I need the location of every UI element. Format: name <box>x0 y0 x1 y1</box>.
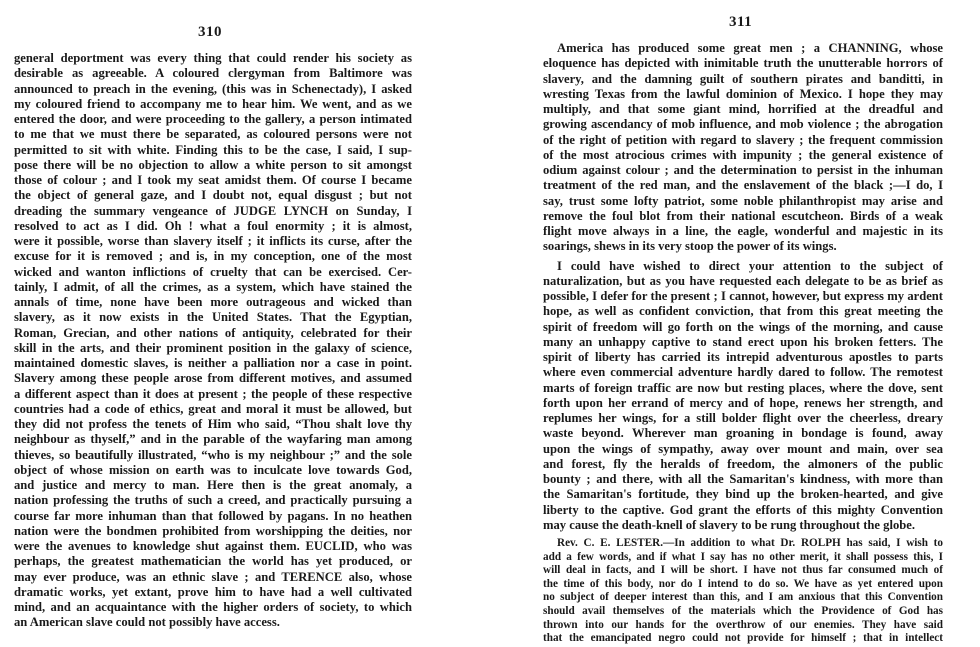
text-line: Roman, Grecian, and other nations of ant… <box>14 326 412 341</box>
text-line: to me that we must there be separated, a… <box>14 127 412 142</box>
text-line: say, trust some lofty patriot, some nobl… <box>543 194 943 209</box>
text-line: no subject of deeper interest than this,… <box>543 591 943 605</box>
right-page: 311 America has produced some great men … <box>490 0 980 647</box>
text-line: will deal in facts, and I will be short.… <box>543 564 943 578</box>
paragraph: general deportment was every thing that … <box>14 51 412 631</box>
text-line: object of whose mission on earth was to … <box>14 463 412 478</box>
text-line: skill in the arts, and their prominent p… <box>14 341 412 356</box>
text-line: spirit of liberty has carried its intrep… <box>543 350 943 365</box>
text-line: waste beyond. Wherever man groaning in b… <box>543 426 943 441</box>
text-line: should avail themselves of the materials… <box>543 605 943 619</box>
text-line: nation were the bondmen prohibited from … <box>14 524 412 539</box>
text-line: were the avenues to knowledge shut again… <box>14 539 412 554</box>
text-line: bounty ; and there, with all the Samarit… <box>543 472 943 487</box>
text-line: dreading the summary vengeance of JUDGE … <box>14 204 412 219</box>
text-line: dramatic works, yet extant, prove him to… <box>14 585 412 600</box>
text-line: resolved to act as I did. Oh ! what a fo… <box>14 219 412 234</box>
text-line: possible, I defer for the present ; I ca… <box>543 289 943 304</box>
text-line: entered the door, and were proceeding to… <box>14 112 412 127</box>
text-line: eloquence has depicted with inimitable t… <box>543 56 943 71</box>
text-line: announced to preach in the evening, (thi… <box>14 82 412 97</box>
text-line: Slavery among these people arose from di… <box>14 371 412 386</box>
text-line: may cause the death-knell of slavery to … <box>543 518 943 533</box>
text-line: perhaps, the greatest mathematician the … <box>14 554 412 569</box>
paragraph: I could have wished to direct your atten… <box>543 259 943 534</box>
text-line: flight move always in a line, the eagle,… <box>543 224 943 239</box>
text-line: general deportment was every thing that … <box>14 51 412 66</box>
text-line: I could have wished to direct your atten… <box>543 259 943 274</box>
text-line: the time of this body, nor do I intend t… <box>543 578 943 592</box>
text-line: Rev. C. E. LESTER.—In addition to what D… <box>543 537 943 551</box>
text-line: and forest, fly the heralds of freedom, … <box>543 457 943 472</box>
text-line: remove the foul blot from their national… <box>543 209 943 224</box>
text-line: an American slave could not possibly hav… <box>14 615 412 630</box>
text-line: of the right of petition with regard to … <box>543 133 943 148</box>
text-line: my coloured friend to accompany me to he… <box>14 97 412 112</box>
text-line: thrown into our hands for the overthrow … <box>543 619 943 633</box>
right-page-body: America has produced some great men ; a … <box>543 41 943 646</box>
text-line: replumes her wings, for a still bolder f… <box>543 411 943 426</box>
text-line: were it possible, worse than slavery its… <box>14 234 412 249</box>
left-page-body: general deportment was every thing that … <box>14 51 412 631</box>
text-line: tainly, I admit, of all the crimes, as a… <box>14 280 412 295</box>
text-line: add a few words, and if what I say has n… <box>543 551 943 565</box>
text-line: countries had a code of ethics, great an… <box>14 402 412 417</box>
text-line: and justice and mercy to man. Here then … <box>14 478 412 493</box>
text-line: those of colour ; and I took my seat ami… <box>14 173 412 188</box>
text-line: they did not profess the tenets of Him w… <box>14 417 412 432</box>
text-line: many an unhappy captive to stand erect u… <box>543 335 943 350</box>
page-number: 311 <box>729 14 752 31</box>
text-line: thieves, so beautifully illustrated, “wh… <box>14 448 412 463</box>
text-line: maintained domestic slaves, is neither a… <box>14 356 412 371</box>
text-line: excuse for it is removed ; and is, in my… <box>14 249 412 264</box>
text-line: odium against colour ; and the determina… <box>543 163 943 178</box>
text-line: soarings, shews in its very stoop the po… <box>543 239 943 254</box>
text-line: upon the wings of sympathy, away over mo… <box>543 442 943 457</box>
text-line: naturalization, but as you have requeste… <box>543 274 943 289</box>
page-number: 310 <box>198 24 222 41</box>
text-line: may ever produce, was an ethnic slave ; … <box>14 570 412 585</box>
text-line: treatment of the red man, and the enslav… <box>543 178 943 193</box>
text-line: the Samaritan's fortitude, they bind up … <box>543 487 943 502</box>
text-line: spirit of freedom will go forth on the w… <box>543 320 943 335</box>
text-line: that the emancipated negro could not pro… <box>543 632 943 646</box>
paragraph: America has produced some great men ; a … <box>543 41 943 255</box>
text-line: permitted to sit with white. Finding thi… <box>14 143 412 158</box>
text-line: annals of time, none have been more outr… <box>14 295 412 310</box>
text-line: mind, and an acquaintance with the highe… <box>14 600 412 615</box>
text-line: marts of foreign traffic are now but res… <box>543 381 943 396</box>
text-line: slavery, as it now exists in the United … <box>14 310 412 325</box>
text-line: growing ascendancy of mob influence, and… <box>543 117 943 132</box>
text-line: wicked and wanton inflictions of cruelty… <box>14 265 412 280</box>
text-line: desirable as agreeable. A coloured clerg… <box>14 66 412 81</box>
text-line: where even commercial adventure hardly d… <box>543 365 943 380</box>
text-line: multiply, and that some giant mind, horr… <box>543 102 943 117</box>
text-line: slavery, and the damning guilt of southe… <box>543 72 943 87</box>
text-line: pose there will be no objection to allow… <box>14 158 412 173</box>
text-line: America has produced some great men ; a … <box>543 41 943 56</box>
text-line: neighbour as thyself,” and in the parabl… <box>14 432 412 447</box>
text-line: hope, as well as confident conviction, t… <box>543 304 943 319</box>
left-page: 310 general deportment was every thing t… <box>0 0 490 647</box>
text-line: the object of general gaze, and I doubt … <box>14 188 412 203</box>
text-line: nation professing the truths of such a c… <box>14 493 412 508</box>
text-line: wresting Texas from the lawful dominion … <box>543 87 943 102</box>
text-line: forth upon her errand of mercy and of ho… <box>543 396 943 411</box>
text-line: course far more inhuman than that follow… <box>14 509 412 524</box>
speaker-paragraph: Rev. C. E. LESTER.—In addition to what D… <box>543 537 943 646</box>
text-line: a different aspect than it does at prese… <box>14 387 412 402</box>
text-line: liberty to the captive. God grant the ef… <box>543 503 943 518</box>
text-line: of the most atrocious crimes with impuni… <box>543 148 943 163</box>
